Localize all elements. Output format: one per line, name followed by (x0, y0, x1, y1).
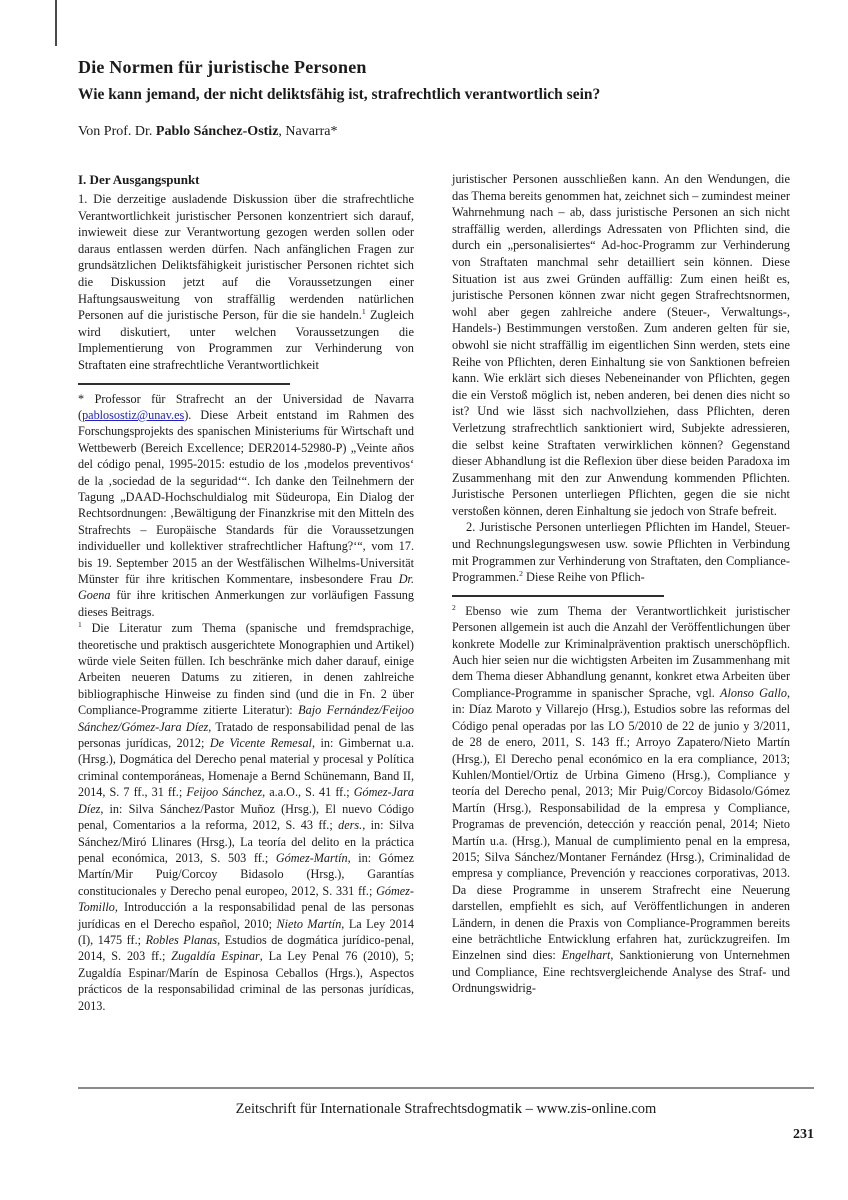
byline: Von Prof. Dr. Pablo Sánchez-Ostiz, Navar… (78, 123, 792, 141)
section-heading: I. Der Ausgangspunkt (78, 171, 414, 188)
body-paragraph-1: 1. Die derzeitige ausladende Diskussion … (78, 191, 414, 374)
footnote-star: * Professor für Strafrecht an der Univer… (78, 391, 414, 621)
journal-page: Die Normen für juristische Personen Wie … (0, 0, 848, 1200)
footnote-ref: 2 (519, 569, 523, 578)
article-title: Die Normen für juristische Personen (78, 56, 792, 78)
page-number: 231 (78, 1126, 814, 1144)
footnote-ref: 1 (78, 620, 82, 629)
left-column: I. Der Ausgangspunkt 1. Die derzeitige a… (78, 171, 414, 1014)
left-footnotes: * Professor für Strafrecht an der Univer… (78, 383, 414, 1014)
footnote-separator (452, 595, 664, 597)
footer-separator (78, 1087, 814, 1089)
email-link[interactable]: pablosostiz@unav.es (82, 408, 184, 422)
right-column: juristischer Personen ausschließen kann.… (452, 171, 790, 1014)
journal-footer-line: Zeitschrift für Internationale Strafrech… (78, 1100, 814, 1119)
body-paragraph-1-continued: juristischer Personen ausschließen kann.… (452, 171, 790, 519)
article-header: Die Normen für juristische Personen Wie … (78, 56, 792, 141)
article-subtitle: Wie kann jemand, der nicht deliktsfähig … (78, 85, 792, 104)
footnote-ref: 2 (452, 603, 456, 612)
footnote-ref: 1 (362, 307, 366, 316)
scan-artifact (55, 0, 57, 46)
body-paragraph-2: 2. Juristische Personen unterliegen Pfli… (452, 519, 790, 585)
two-column-body: I. Der Ausgangspunkt 1. Die derzeitige a… (78, 171, 792, 1014)
footnote-separator (78, 383, 290, 385)
right-footnotes: 2 Ebenso wie zum Thema der Verantwortlic… (452, 595, 790, 997)
footnote-1: 1 Die Literatur zum Thema (spanische und… (78, 620, 414, 1014)
footnote-2: 2 Ebenso wie zum Thema der Verantwortlic… (452, 603, 790, 997)
